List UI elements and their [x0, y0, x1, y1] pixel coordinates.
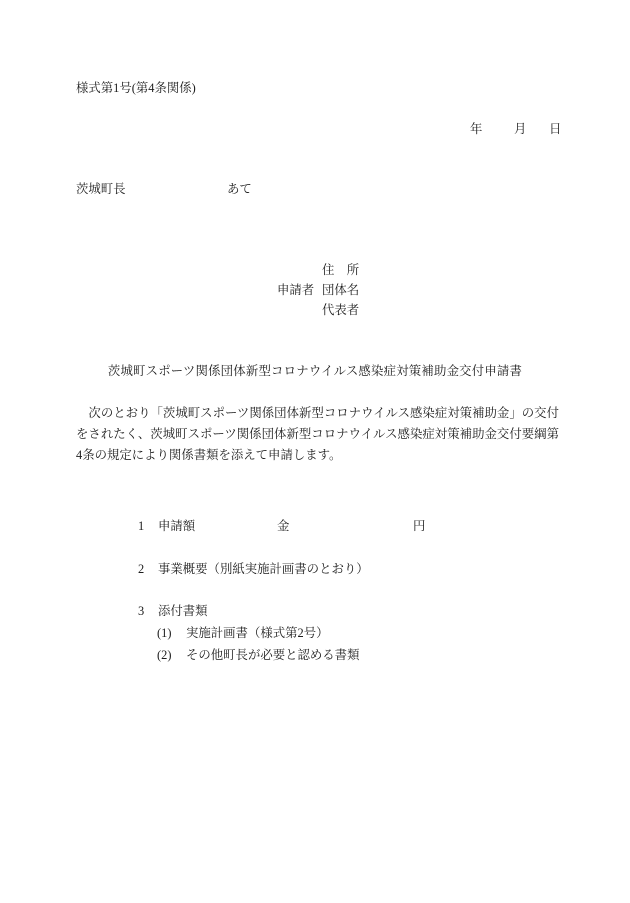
item-1-number: 1 [138, 519, 144, 534]
document-title: 茨城町スポーツ関係団体新型コロナウイルス感染症対策補助金交付申請書 [0, 361, 630, 379]
applicant-representative-label: 代表者 [322, 303, 359, 318]
item-3-sub-2-label: その他町長が必要と認める書類 [186, 648, 359, 663]
item-3-number: 3 [138, 604, 144, 619]
item-3-label: 添付書類 [158, 604, 208, 619]
item-3-sub-1-number: (1) [157, 626, 171, 641]
date-month-label: 月 [514, 122, 526, 137]
item-2-label: 事業概要（別紙実施計画書のとおり） [158, 562, 369, 577]
document-page: 様式第1号(第4条関係) 年 月 日 茨城町長 あて 住 所 申請者 団体名 代… [0, 0, 630, 903]
applicant-label: 申請者 [277, 283, 314, 298]
item-3-sub-2-number: (2) [157, 648, 171, 663]
applicant-org-name-label: 団体名 [322, 283, 359, 298]
item-1-currency-suffix: 円 [413, 519, 425, 534]
item-1-currency-prefix: 金 [277, 519, 289, 534]
body-paragraph: 次のとおり「茨城町スポーツ関係団体新型コロナウイルス感染症対策補助金」の交付をさ… [76, 403, 559, 466]
item-1-label: 申請額 [158, 519, 195, 534]
addressee-suffix: あて [227, 182, 252, 197]
form-number: 様式第1号(第4条関係) [76, 81, 196, 96]
date-year-label: 年 [470, 122, 482, 137]
addressee-name: 茨城町長 [76, 182, 126, 197]
item-3-sub-1-label: 実施計画書（様式第2号） [186, 626, 329, 641]
item-2-number: 2 [138, 562, 144, 577]
date-day-label: 日 [549, 122, 561, 137]
applicant-address-label: 住 所 [322, 263, 359, 278]
